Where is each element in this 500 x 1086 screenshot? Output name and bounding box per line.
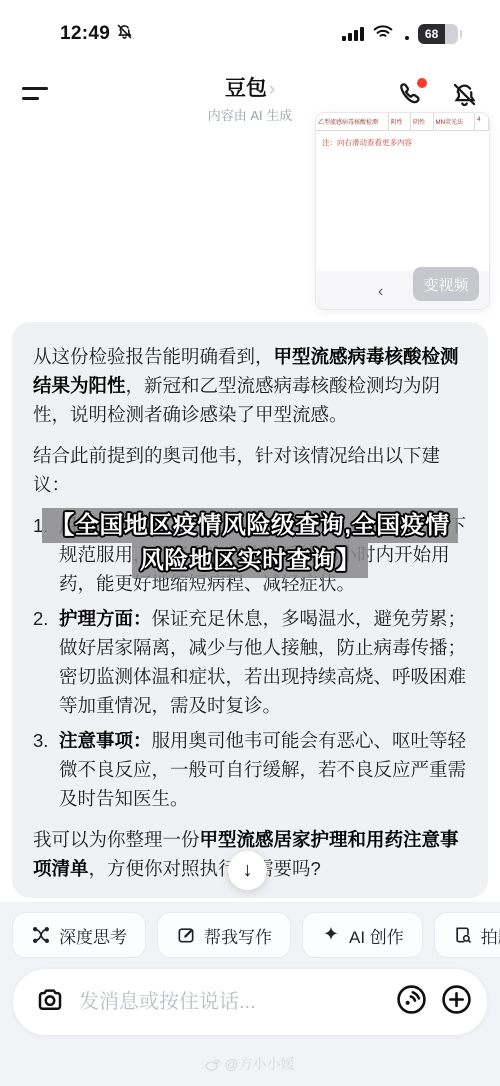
voice-mode-icon[interactable] xyxy=(395,983,428,1021)
clock: 12:49 xyxy=(60,23,110,45)
phone-screen: 12:49 68 xyxy=(0,0,500,1086)
bottom-dock: 深度思考 帮我写作 AI 创作 拍题答疑 xyxy=(0,902,500,1086)
mute-notifications-button[interactable] xyxy=(448,78,480,110)
weibo-icon xyxy=(205,1057,221,1071)
status-bar: 12:49 68 xyxy=(0,14,500,54)
advice-intro-paragraph: 结合此前提到的奥司他韦，针对该情况给出以下建议： xyxy=(33,441,467,499)
arrow-down-icon: ↓ xyxy=(243,859,253,882)
write-icon xyxy=(176,925,196,945)
message-input[interactable] xyxy=(79,991,395,1014)
notifications-muted-icon xyxy=(116,23,133,45)
cellular-signal-icon xyxy=(342,27,364,41)
scroll-to-bottom-button[interactable]: ↓ xyxy=(228,851,267,890)
list-item: 3. 注意事项：服用奥司他韦可能会有恶心、呕吐等轻微不良反应，一般可自行缓解，若… xyxy=(33,726,467,813)
thumbnail-footer: ‹ 变视频 xyxy=(316,271,489,309)
camera-icon[interactable] xyxy=(35,985,65,1020)
photo-solve-button[interactable]: 拍题答疑 xyxy=(434,912,500,958)
back-chevron-icon[interactable]: ‹ xyxy=(378,283,383,301)
list-item: 2. 护理方面：保证充足休息，多喝温水，避免劳累；做好居家隔离，减少与他人接触，… xyxy=(33,604,467,720)
creator-watermark: @方小小嫒 xyxy=(0,1054,500,1074)
help-me-write-button[interactable]: 帮我写作 xyxy=(157,912,291,958)
deep-think-button[interactable]: 深度思考 xyxy=(12,912,146,958)
ai-message-card: 从这份检验报告能明确看到，甲型流感病毒核酸检测结果为阳性，新冠和乙型流感病毒核酸… xyxy=(12,322,488,898)
diagnosis-paragraph: 从这份检验报告能明确看到，甲型流感病毒核酸检测结果为阳性，新冠和乙型流感病毒核酸… xyxy=(33,342,467,429)
notification-dot xyxy=(417,78,427,88)
scan-question-icon xyxy=(453,925,473,945)
deep-think-icon xyxy=(31,925,51,945)
swipe-note: 注：向右滑动查看更多内容 xyxy=(316,131,489,154)
report-table-row: 乙型流感病毒核酸检测 阴性 阴性 MN荧光法 4 xyxy=(316,113,489,131)
battery-icon: 68 xyxy=(418,24,462,44)
chevron-right-icon: › xyxy=(269,79,275,100)
plus-icon[interactable] xyxy=(440,983,473,1021)
battery-percent: 68 xyxy=(418,24,445,44)
quick-action-toolbar: 深度思考 帮我写作 AI 创作 拍题答疑 xyxy=(12,912,500,958)
list-item: 1. 用药方面：奥司他韦需严格遵医嘱，在医生指导下规范服用，最好在出现症状后的4… xyxy=(33,511,467,598)
ai-create-button[interactable]: AI 创作 xyxy=(302,912,423,958)
report-screenshot-thumbnail[interactable]: 乙型流感病毒核酸检测 阴性 阴性 MN荧光法 4 注：向右滑动查看更多内容 ‹ … xyxy=(315,112,490,310)
app-title: 豆包 xyxy=(225,77,267,100)
sparkle-icon xyxy=(321,925,341,945)
message-input-bar xyxy=(12,968,488,1036)
voice-call-button[interactable] xyxy=(394,78,426,110)
to-video-button[interactable]: 变视频 xyxy=(413,267,479,301)
wifi-icon xyxy=(373,24,409,45)
bell-slash-icon xyxy=(451,81,478,108)
